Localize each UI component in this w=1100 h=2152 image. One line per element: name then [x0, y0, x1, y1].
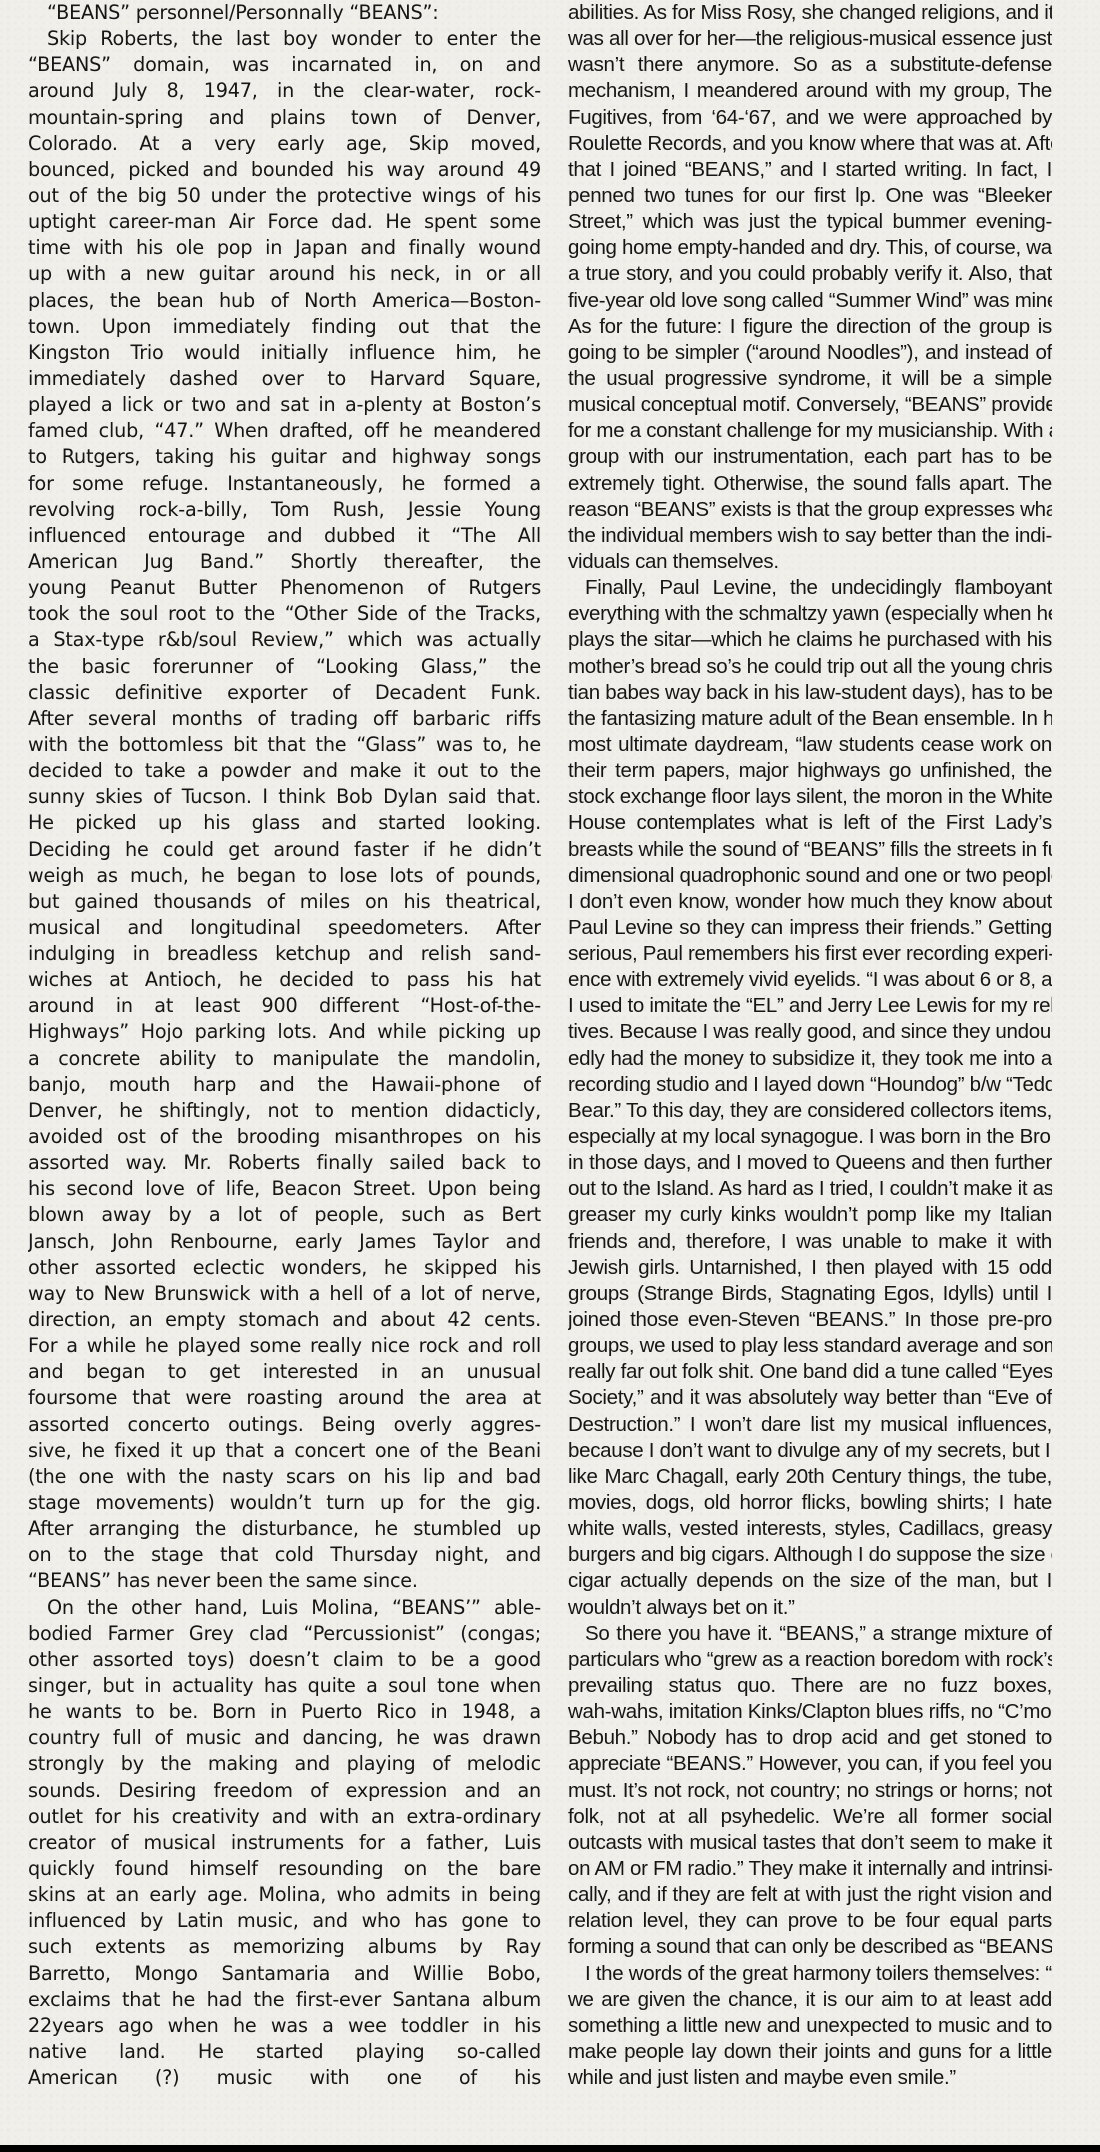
text-line: bodied Farmer Grey clad “Percussionist” … — [28, 1621, 541, 1647]
text-line: ence with extremely vivid eyelids. “I wa… — [568, 967, 1052, 993]
text-line: Colorado. At a very early age, Skip move… — [28, 131, 541, 157]
text-line: stage movements) wouldn’t turn up for th… — [28, 1490, 541, 1516]
text-line: I used to imitate the “EL” and Jerry Lee… — [568, 993, 1052, 1019]
text-line: way to New Brunswick with a hell of a lo… — [28, 1281, 541, 1307]
text-line: tian babes way back in his law-student d… — [568, 680, 1052, 706]
text-line: strongly by the making and playing of me… — [28, 1751, 541, 1777]
text-line: “BEANS” has never been the same since. — [28, 1568, 541, 1594]
left-column: “BEANS” personnel/Personnally “BEANS”:Sk… — [28, 0, 541, 2091]
text-line: After arranging the disturbance, he stum… — [28, 1516, 541, 1542]
text-line: appreciate “BEANS.” However, you can, if… — [568, 1751, 1052, 1777]
text-line: musical conceptual motif. Conversely, “B… — [568, 392, 1052, 418]
text-line: most ultimate daydream, “law students ce… — [568, 732, 1052, 758]
text-line: his second love of life, Beacon Street. … — [28, 1176, 541, 1202]
text-line: in those days, and I moved to Queens and… — [568, 1150, 1052, 1176]
text-line: weigh as much, he began to lose lots of … — [28, 863, 541, 889]
text-line: groups (Strange Birds, Stagnating Egos, … — [568, 1281, 1052, 1307]
text-line: singer, but in actuality has quite a sou… — [28, 1673, 541, 1699]
text-line: joined those even-Steven “BEANS.” In tho… — [568, 1307, 1052, 1333]
text-line: decided to take a powder and make it out… — [28, 758, 541, 784]
text-line: Bear.” To this day, they are considered … — [568, 1098, 1052, 1124]
text-line: country full of music and dancing, he wa… — [28, 1725, 541, 1751]
text-line: wiches at Antioch, he decided to pass hi… — [28, 967, 541, 993]
text-line: dimensional quadrophonic sound and one o… — [568, 863, 1052, 889]
text-line: reason “BEANS” exists is that the group … — [568, 497, 1052, 523]
text-line: was all over for her—the religious-music… — [568, 26, 1052, 52]
text-line: outlet for his creativity and with an ex… — [28, 1804, 541, 1830]
text-line: for me a constant challenge for my music… — [568, 418, 1052, 444]
text-line: groups, we used to play less standard av… — [568, 1333, 1052, 1359]
text-line: Paul Levine so they can impress their fr… — [568, 915, 1052, 941]
text-line: mother’s bread so’s he could trip out al… — [568, 654, 1052, 680]
text-line: white walls, vested interests, styles, C… — [568, 1516, 1052, 1542]
text-line: places, the bean hub of North America—Bo… — [28, 288, 541, 314]
article-page: “BEANS” personnel/Personnally “BEANS”:Sk… — [0, 0, 1100, 2145]
text-line: young Peanut Butter Phenomenon of Rutger… — [28, 575, 541, 601]
text-line: As for the future: I figure the directio… — [568, 314, 1052, 340]
text-line: especially at my local synagogue. I was … — [568, 1124, 1052, 1150]
text-line: around July 8, 1947, in the clear-water,… — [28, 78, 541, 104]
text-line: while and just listen and maybe even smi… — [568, 2065, 1052, 2091]
text-line: he wants to be. Born in Puerto Rico in 1… — [28, 1699, 541, 1725]
paragraph-first-line: Finally, Paul Levine, the undecidingly f… — [568, 575, 1052, 601]
text-line: native land. He started playing so-calle… — [28, 2039, 541, 2065]
text-line: For a while he played some really nice r… — [28, 1333, 541, 1359]
text-line: viduals can themselves. — [568, 549, 1052, 575]
text-line: Destruction.” I won’t dare list my music… — [568, 1412, 1052, 1438]
right-column: abilities. As for Miss Rosy, she changed… — [568, 0, 1052, 2091]
text-line: foursome that were roasting around the a… — [28, 1385, 541, 1411]
text-line: tives. Because I was really good, and si… — [568, 1019, 1052, 1045]
text-line: Kingston Trio would initially influence … — [28, 340, 541, 366]
text-line: folk, not at all psyhedelic. We’re all f… — [568, 1804, 1052, 1830]
text-line: time with his ole pop in Japan and final… — [28, 235, 541, 261]
text-line: up with a new guitar around his neck, in… — [28, 261, 541, 287]
text-line: a true story, and you could probably ver… — [568, 261, 1052, 287]
text-line: musical and longitudinal speedometers. A… — [28, 915, 541, 941]
text-line: group with our instrumentation, each par… — [568, 444, 1052, 470]
text-line: sunny skies of Tucson. I think Bob Dylan… — [28, 784, 541, 810]
paragraph-first-line: Skip Roberts, the last boy wonder to ent… — [28, 26, 541, 52]
text-line: because I don’t want to divulge any of m… — [568, 1438, 1052, 1464]
text-line: abilities. As for Miss Rosy, she changed… — [568, 0, 1052, 26]
text-line: for some refuge. Instantaneously, he for… — [28, 471, 541, 497]
text-line: (the one with the nasty scars on his lip… — [28, 1464, 541, 1490]
text-line: direction, an empty stomach and about 42… — [28, 1307, 541, 1333]
text-line: assorted way. Mr. Roberts finally sailed… — [28, 1150, 541, 1176]
text-line: with the bottomless bit that the “Glass”… — [28, 732, 541, 758]
text-line: going to be simpler (“around Noodles”), … — [568, 340, 1052, 366]
text-line: banjo, mouth harp and the Hawaii-phone o… — [28, 1072, 541, 1098]
text-line: Barretto, Mongo Santamaria and Willie Bo… — [28, 1961, 541, 1987]
text-line: took the soul root to the “Other Side of… — [28, 601, 541, 627]
text-line: make people lay down their joints and gu… — [568, 2039, 1052, 2065]
text-line: influenced entourage and dubbed it “The … — [28, 523, 541, 549]
text-line: I don’t even know, wonder how much they … — [568, 889, 1052, 915]
text-line: Street,” which was just the typical bumm… — [568, 209, 1052, 235]
text-line: exclaims that he had the first-ever Sant… — [28, 1987, 541, 2013]
text-line: He picked up his glass and started looki… — [28, 810, 541, 836]
text-line: immediately dashed over to Harvard Squar… — [28, 366, 541, 392]
text-line: but gained thousands of miles on his the… — [28, 889, 541, 915]
text-line: really far out folk shit. One band did a… — [568, 1359, 1052, 1385]
text-line: mechanism, I meandered around with my gr… — [568, 78, 1052, 104]
paragraph-first-line: I the words of the great harmony toilers… — [568, 1961, 1052, 1987]
text-line: classic definitive exporter of Decadent … — [28, 680, 541, 706]
text-line: cigar actually depends on the size of th… — [568, 1568, 1052, 1594]
text-line: out to the Island. As hard as I tried, I… — [568, 1176, 1052, 1202]
text-line: penned two tunes for our first lp. One w… — [568, 183, 1052, 209]
text-line: influenced by Latin music, and who has g… — [28, 1908, 541, 1934]
text-line: something a little new and unexpected to… — [568, 2013, 1052, 2039]
text-line: played a lick or two and sat in a-plenty… — [28, 392, 541, 418]
text-line: around in at least 900 different “Host-o… — [28, 993, 541, 1019]
text-line: extremely tight. Otherwise, the sound fa… — [568, 471, 1052, 497]
text-line: the fantasizing mature adult of the Bean… — [568, 706, 1052, 732]
paragraph-first-line: “BEANS” personnel/Personnally “BEANS”: — [28, 0, 541, 26]
text-line: uptight career-man Air Force dad. He spe… — [28, 209, 541, 235]
text-line: prevailing status quo. There are no fuzz… — [568, 1673, 1052, 1699]
text-line: assorted concerto outings. Being overly … — [28, 1412, 541, 1438]
text-line: famed club, “47.” When drafted, off he m… — [28, 418, 541, 444]
text-line: going home empty-handed and dry. This, o… — [568, 235, 1052, 261]
text-line: sive, he fixed it up that a concert one … — [28, 1438, 541, 1464]
text-line: edly had the money to subsidize it, they… — [568, 1046, 1052, 1072]
text-line: avoided ost of the brooding misanthropes… — [28, 1124, 541, 1150]
text-line: Highways” Hojo parking lots. And while p… — [28, 1019, 541, 1045]
text-line: skins at an early age. Molina, who admit… — [28, 1882, 541, 1908]
text-line: American (?) music with one of his — [28, 2065, 541, 2091]
text-line: serious, Paul remembers his first ever r… — [568, 941, 1052, 967]
text-line: friends and, therefore, I was unable to … — [568, 1229, 1052, 1255]
text-line: Roulette Records, and you know where tha… — [568, 131, 1052, 157]
text-line: mountain-spring and plains town of Denve… — [28, 105, 541, 131]
text-line: Fugitives, from ‘64-‘67, and we were app… — [568, 105, 1052, 131]
text-line: “BEANS” domain, was incarnated in, on an… — [28, 52, 541, 78]
text-line: the individual members wish to say bette… — [568, 523, 1052, 549]
text-line: on AM or FM radio.” They make it interna… — [568, 1856, 1052, 1882]
text-line: other assorted eclectic wonders, he skip… — [28, 1255, 541, 1281]
text-line: House contemplates what is left of the F… — [568, 810, 1052, 836]
text-line: particulars who “grew as a reaction bore… — [568, 1647, 1052, 1673]
text-line: After several months of trading off barb… — [28, 706, 541, 732]
text-line: other assorted toys) doesn’t claim to be… — [28, 1647, 541, 1673]
text-line: blown away by a lot of people, such as B… — [28, 1202, 541, 1228]
text-line: five-year old love song called “Summer W… — [568, 288, 1052, 314]
text-line: Bebuh.” Nobody has to drop acid and get … — [568, 1725, 1052, 1751]
text-line: movies, dogs, old horror flicks, bowling… — [568, 1490, 1052, 1516]
text-line: such extents as memorizing albums by Ray — [28, 1934, 541, 1960]
text-line: creator of musical instruments for a fat… — [28, 1830, 541, 1856]
text-line: out of the big 50 under the protective w… — [28, 183, 541, 209]
text-line: wouldn’t always bet on it.” — [568, 1595, 1052, 1621]
text-line: indulging in breadless ketchup and relis… — [28, 941, 541, 967]
text-line: on to the stage that cold Thursday night… — [28, 1542, 541, 1568]
text-line: town. Upon immediately finding out that … — [28, 314, 541, 340]
text-line: the usual progressive syndrome, it will … — [568, 366, 1052, 392]
text-line: Jansch, John Renbourne, early James Tayl… — [28, 1229, 541, 1255]
text-line: breasts while the sound of “BEANS” fills… — [568, 837, 1052, 863]
text-line: outcasts with musical tastes that don’t … — [568, 1830, 1052, 1856]
paragraph-first-line: So there you have it. “BEANS,” a strange… — [568, 1621, 1052, 1647]
text-line: and began to get interested in an unusua… — [28, 1359, 541, 1385]
text-line: American Jug Band.” Shortly thereafter, … — [28, 549, 541, 575]
bottom-border — [0, 2145, 1100, 2152]
text-line: plays the sitar—which he claims he purch… — [568, 627, 1052, 653]
text-line: the basic forerunner of “Looking Glass,”… — [28, 654, 541, 680]
text-line: 22years ago when he was a wee toddler in… — [28, 2013, 541, 2039]
text-line: that I joined “BEANS,” and I started wri… — [568, 157, 1052, 183]
text-line: quickly found himself resounding on the … — [28, 1856, 541, 1882]
text-line: Society,” and it was absolutely way bett… — [568, 1385, 1052, 1411]
text-line: like Marc Chagall, early 20th Century th… — [568, 1464, 1052, 1490]
text-line: wah-wahs, imitation Kinks/Clapton blues … — [568, 1699, 1052, 1725]
text-line: cally, and if they are felt at with just… — [568, 1882, 1052, 1908]
text-line: forming a sound that can only be describ… — [568, 1934, 1052, 1960]
text-line: a concrete ability to manipulate the man… — [28, 1046, 541, 1072]
text-line: Deciding he could get around faster if h… — [28, 837, 541, 863]
text-line: must. It’s not rock, not country; no str… — [568, 1778, 1052, 1804]
text-line: recording studio and I layed down “Hound… — [568, 1072, 1052, 1098]
text-line: sounds. Desiring freedom of expression a… — [28, 1778, 541, 1804]
text-line: their term papers, major highways go unf… — [568, 758, 1052, 784]
text-line: we are given the chance, it is our aim t… — [568, 1987, 1052, 2013]
text-line: greaser my curly kinks wouldn’t pomp lik… — [568, 1202, 1052, 1228]
text-line: Jewish girls. Untarnished, I then played… — [568, 1255, 1052, 1281]
text-line: to Rutgers, taking his guitar and highwa… — [28, 444, 541, 470]
text-line: wasn’t there anymore. So as a substitute… — [568, 52, 1052, 78]
text-line: revolving rock-a-billy, Tom Rush, Jessie… — [28, 497, 541, 523]
text-line: everything with the schmaltzy yawn (espe… — [568, 601, 1052, 627]
text-line: burgers and big cigars. Although I do su… — [568, 1542, 1052, 1568]
paragraph-first-line: On the other hand, Luis Molina, “BEANS’”… — [28, 1595, 541, 1621]
text-line: Denver, he shiftingly, not to mention di… — [28, 1098, 541, 1124]
text-line: stock exchange floor lays silent, the mo… — [568, 784, 1052, 810]
text-line: a Stax-type r&b/soul Review,” which was … — [28, 627, 541, 653]
text-line: bounced, picked and bounded his way arou… — [28, 157, 541, 183]
text-line: relation level, they can prove to be fou… — [568, 1908, 1052, 1934]
